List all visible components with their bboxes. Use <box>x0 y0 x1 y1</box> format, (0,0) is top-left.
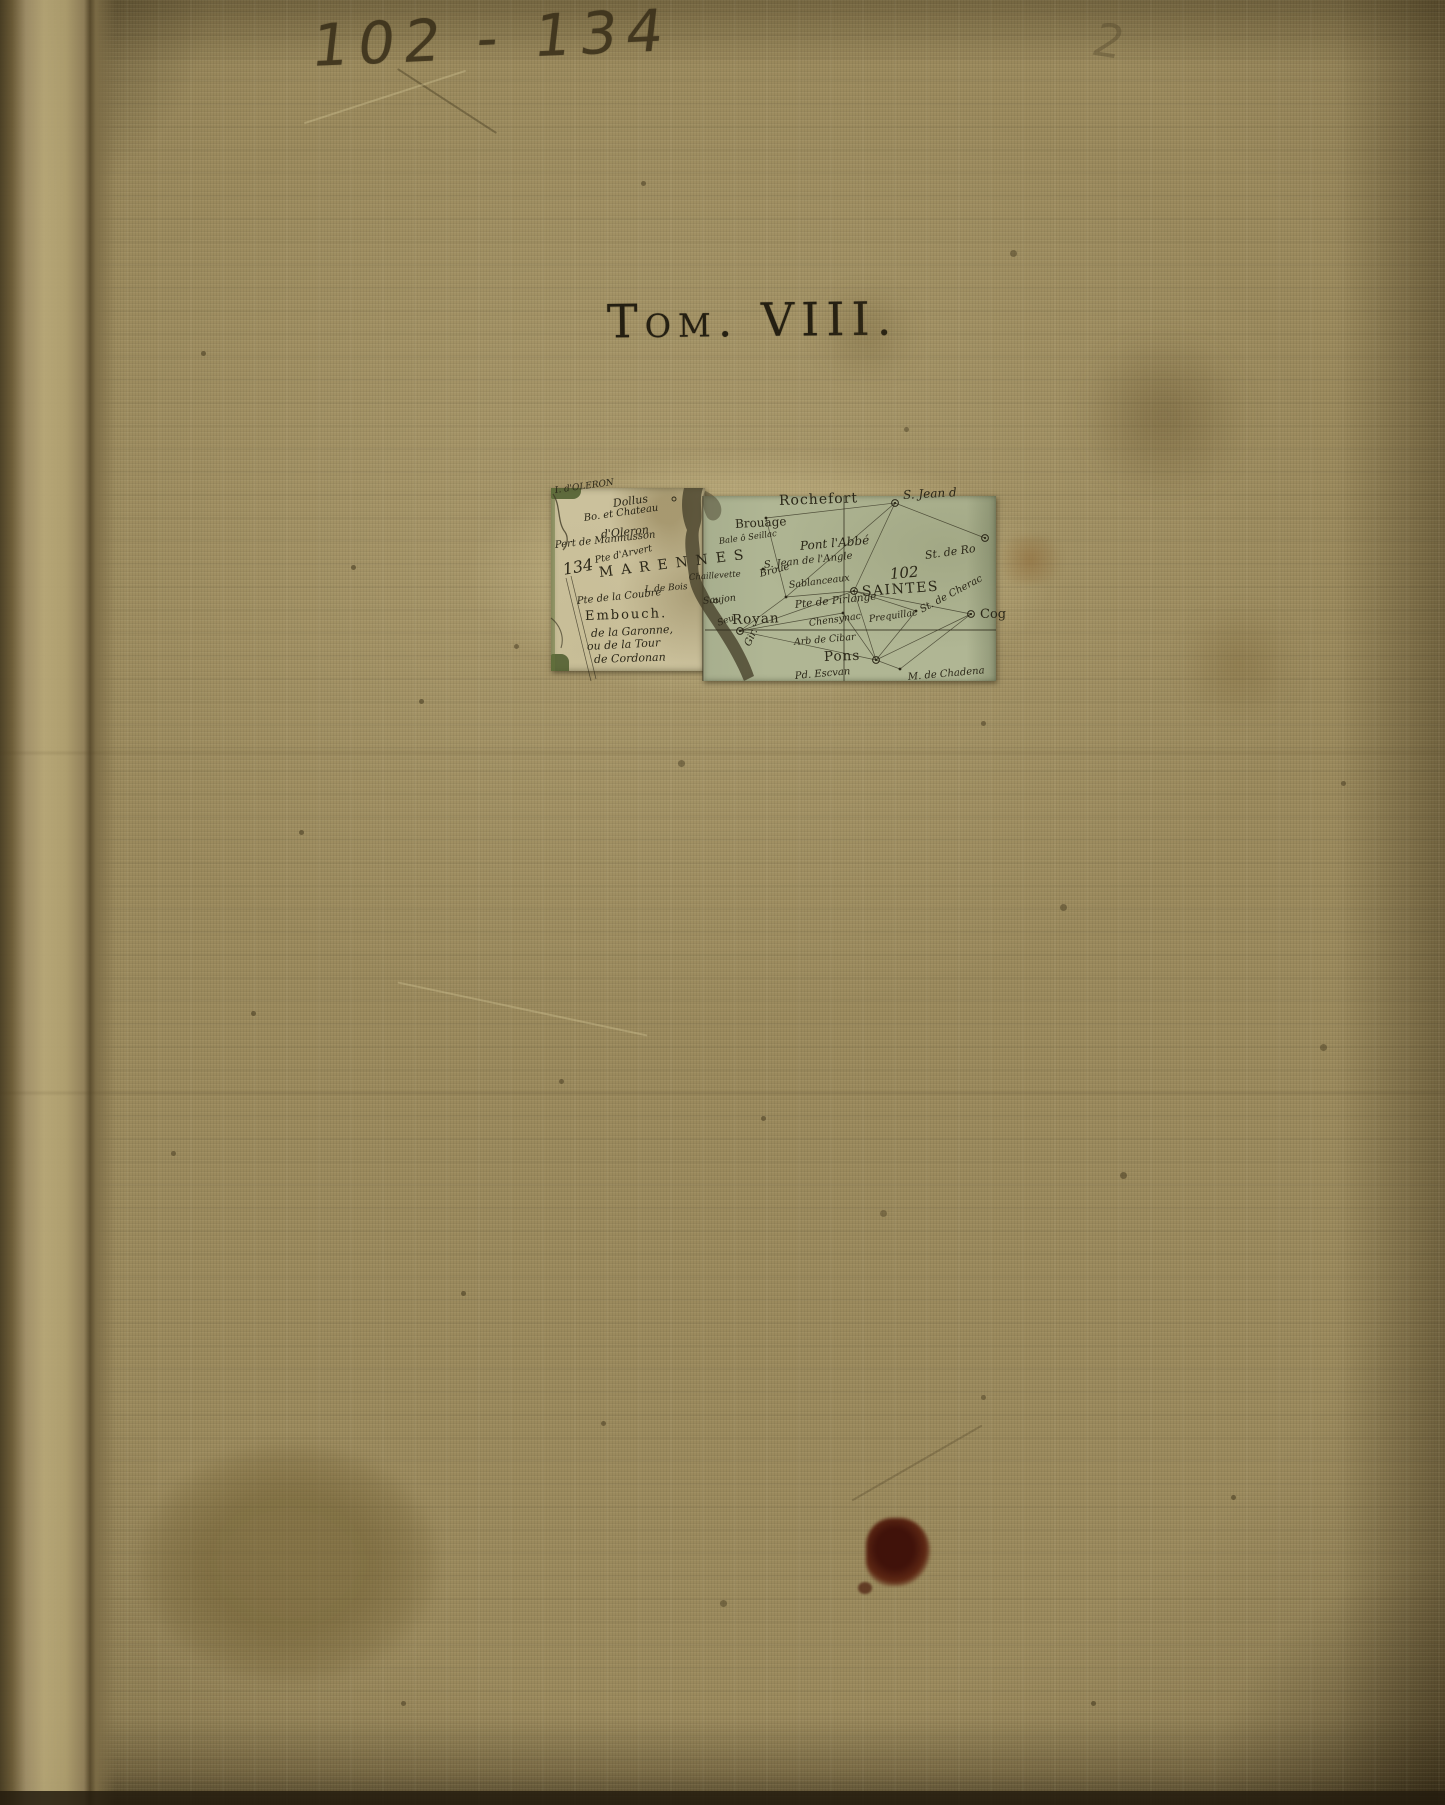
map-label: Chensynac <box>808 612 861 629</box>
map-label: Bale ô Seillac <box>718 530 777 547</box>
smudge-stain <box>1076 328 1252 504</box>
smudge-stain <box>994 536 1066 584</box>
canvas-specks <box>0 0 3 3</box>
map-labels: I. d'OLERONDollusBo. et Chateaud'OleronP… <box>551 488 996 681</box>
book-cover-photo: { "cover": { "handwritten_range": "102 -… <box>0 0 1445 1805</box>
book-spine-fold <box>0 0 116 1805</box>
map-label: Pte de Pirlange <box>794 591 877 610</box>
pasted-map-fragment: I. d'OLERONDollusBo. et Chateaud'OleronP… <box>551 488 996 681</box>
map-label: Saujon <box>703 594 737 607</box>
map-label: Prequillac <box>868 608 918 624</box>
map-label: St. de Ro <box>924 543 976 561</box>
map-label: ou de la Tour <box>587 637 661 652</box>
map-label: Chaillevette <box>689 570 741 582</box>
smudge-stain <box>806 288 926 378</box>
wax-spot-small <box>858 1582 872 1594</box>
map-label: Pd. Escvan <box>795 667 851 682</box>
map-label: M. de Chadena <box>908 666 985 683</box>
map-label: de Cordonan <box>594 651 666 664</box>
map-label: Pons <box>824 650 861 665</box>
map-label: Brouage <box>735 515 787 530</box>
map-label: S. Jean d <box>903 486 957 501</box>
horizontal-crease <box>0 750 1445 756</box>
bottom-edge-shadow <box>0 1791 1445 1805</box>
map-label: Pont l'Abbé <box>799 534 869 552</box>
map-label: Sablanceaux <box>788 574 850 591</box>
smudge-stain <box>1176 606 1302 722</box>
map-label: Rochefort <box>779 491 858 508</box>
horizontal-crease <box>0 1090 1445 1096</box>
map-label: 134 <box>562 557 595 578</box>
map-label: Gir. <box>743 628 760 649</box>
map-label: Arb de Cibar <box>794 633 856 648</box>
large-stain <box>138 1442 440 1684</box>
map-label: Pte de la Coubre <box>576 588 661 607</box>
map-label: Bo. et Chateau <box>583 504 659 524</box>
map-label: Cog <box>980 608 1006 621</box>
map-label: Embouch. <box>585 607 668 623</box>
map-label: Royan <box>732 612 780 627</box>
